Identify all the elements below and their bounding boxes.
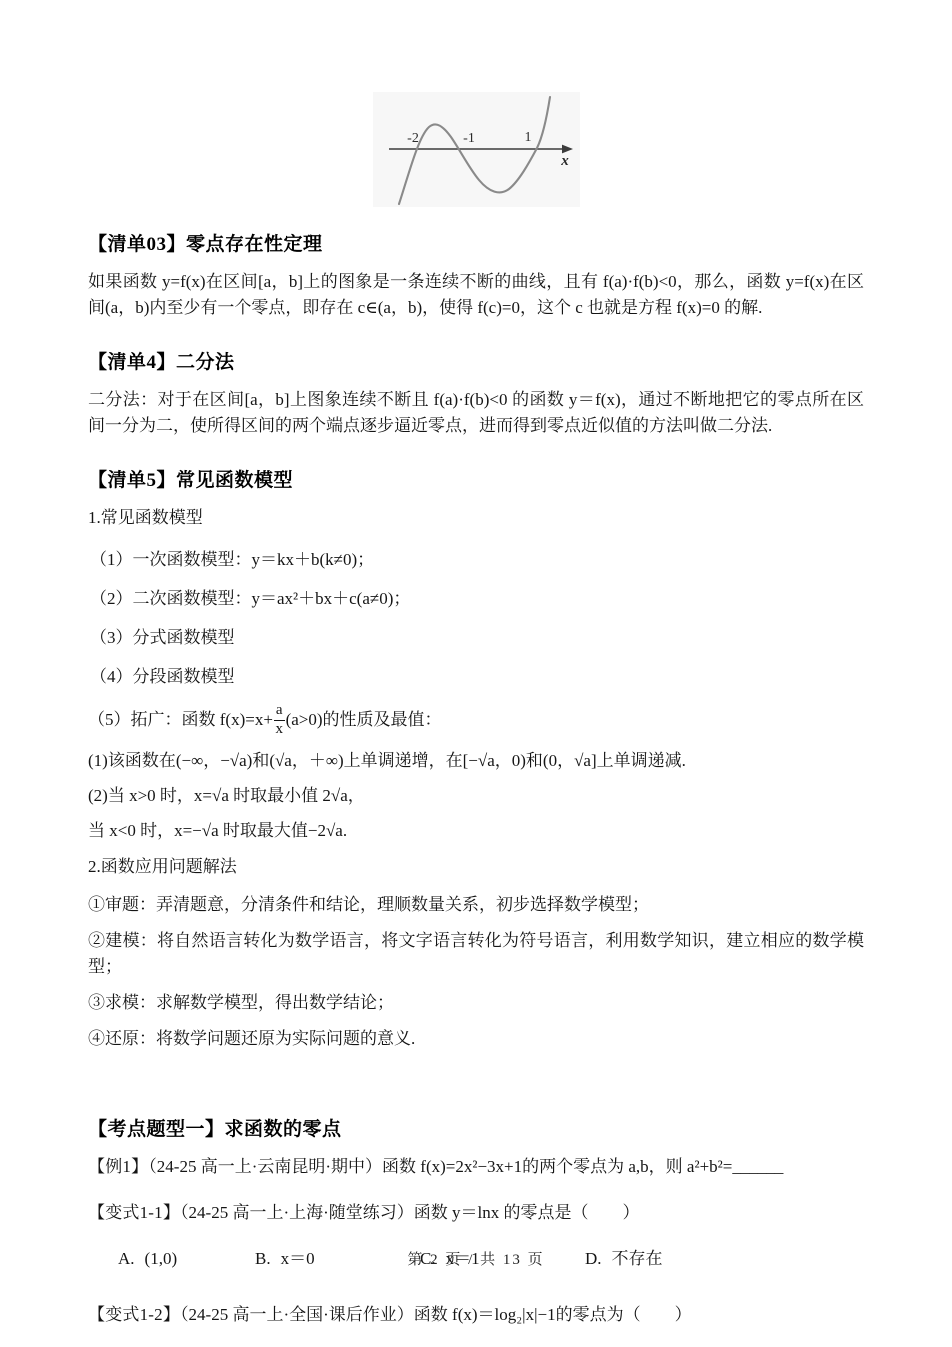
model-item-2: （2）二次函数模型：y＝ax²＋bx＋c(a≠0)； bbox=[88, 586, 864, 612]
application-solve-intro: 2.函数应用问题解法 bbox=[88, 854, 864, 880]
fraction-a-over-x: ax bbox=[274, 703, 285, 738]
example-1: 【例1】（24-25 高一上·云南昆明·期中）函数 f(x)=2x²−3x+1的… bbox=[88, 1154, 864, 1180]
model-item-4: （4）分段函数模型 bbox=[88, 664, 864, 690]
bisection-method-paragraph: 二分法：对于在区间[a，b]上图象连续不断且 f(a)·f(b)<0 的函数 y… bbox=[88, 387, 864, 439]
tick-label-neg2: -2 bbox=[407, 131, 419, 146]
variant-1-1: 【变式1-1】（24-25 高一上·上海·随堂练习）函数 y＝lnx 的零点是（… bbox=[88, 1200, 864, 1226]
variant-1-2-label: 【变式1-2】 bbox=[88, 1305, 180, 1324]
model-item-1: （1）一次函数模型：y＝kx＋b(k≠0)； bbox=[88, 547, 864, 573]
model-item-5: （5）拓广：函数 f(x)=x+ax(a>0)的性质及最值： bbox=[88, 703, 864, 738]
model-item-3: （3）分式函数模型 bbox=[88, 625, 864, 651]
cubic-function-graph: -2 -1 1 x bbox=[373, 92, 580, 207]
solve-step-3: ③求模：求解数学模型，得出数学结论； bbox=[88, 990, 864, 1016]
solve-step-2: ②建模：将自然语言转化为数学语言，将文字语言转化为符号语言，利用数学知识，建立相… bbox=[88, 928, 864, 980]
zero-existence-theorem-paragraph: 如果函数 y=f(x)在区间[a，b]上的图象是一条连续不断的曲线，且有 f(a… bbox=[88, 269, 864, 321]
models-intro: 1.常见函数模型 bbox=[88, 505, 864, 531]
variant-1-2: 【变式1-2】（24-25 高一上·全国·课后作业）函数 f(x)＝log₂|x… bbox=[88, 1302, 864, 1328]
solve-step-4: ④还原：将数学问题还原为实际问题的意义. bbox=[88, 1026, 864, 1052]
tick-label-1: 1 bbox=[524, 130, 531, 145]
page-number: 第 2 页 / 共 13 页 bbox=[0, 1248, 952, 1269]
document-page: -2 -1 1 x 【清单03】零点存在性定理 如果函数 y=f(x)在区间[a… bbox=[0, 0, 952, 1347]
graph-svg: -2 -1 1 x bbox=[373, 92, 580, 207]
fraction-numerator: a bbox=[274, 703, 285, 721]
x-axis-label: x bbox=[560, 153, 569, 169]
property-max-value: 当 x<0 时，x=−√a 时取最大值−2√a. bbox=[88, 818, 864, 844]
variant-1-2-text: （24-25 高一上·全国·课后作业）函数 f(x)＝log₂|x|−1的零点为… bbox=[180, 1305, 692, 1324]
property-monotonicity: (1)该函数在(−∞，−√a)和(√a，＋∞)上单调递增，在[−√a，0)和(0… bbox=[88, 748, 864, 774]
solve-step-1: ①审题：弄清题意，分清条件和结论，理顺数量关系，初步选择数学模型； bbox=[88, 892, 864, 918]
section-heading-list4: 【清单4】二分法 bbox=[88, 347, 864, 374]
example-1-label: 【例1】 bbox=[88, 1157, 148, 1176]
section-heading-list5: 【清单5】常见函数模型 bbox=[88, 465, 864, 492]
document-content: 【清单03】零点存在性定理 如果函数 y=f(x)在区间[a，b]上的图象是一条… bbox=[0, 229, 952, 1328]
section-heading-list03: 【清单03】零点存在性定理 bbox=[88, 229, 864, 256]
variant-1-1-text: （24-25 高一上·上海·随堂练习）函数 y＝lnx 的零点是（ ） bbox=[180, 1203, 639, 1222]
model-item-5-suffix: (a>0)的性质及最值： bbox=[286, 707, 442, 733]
variant-1-1-label: 【变式1-1】 bbox=[88, 1203, 180, 1222]
fraction-denominator: x bbox=[276, 721, 284, 738]
model-item-5-prefix: （5）拓广：函数 f(x)=x+ bbox=[88, 707, 273, 733]
topic-heading-1: 【考点题型一】求函数的零点 bbox=[88, 1114, 864, 1141]
example-1-text: （24-25 高一上·云南昆明·期中）函数 f(x)=2x²−3x+1的两个零点… bbox=[148, 1157, 783, 1176]
property-min-value: (2)当 x>0 时，x=√a 时取最小值 2√a， bbox=[88, 783, 864, 809]
tick-label-neg1: -1 bbox=[463, 131, 475, 146]
